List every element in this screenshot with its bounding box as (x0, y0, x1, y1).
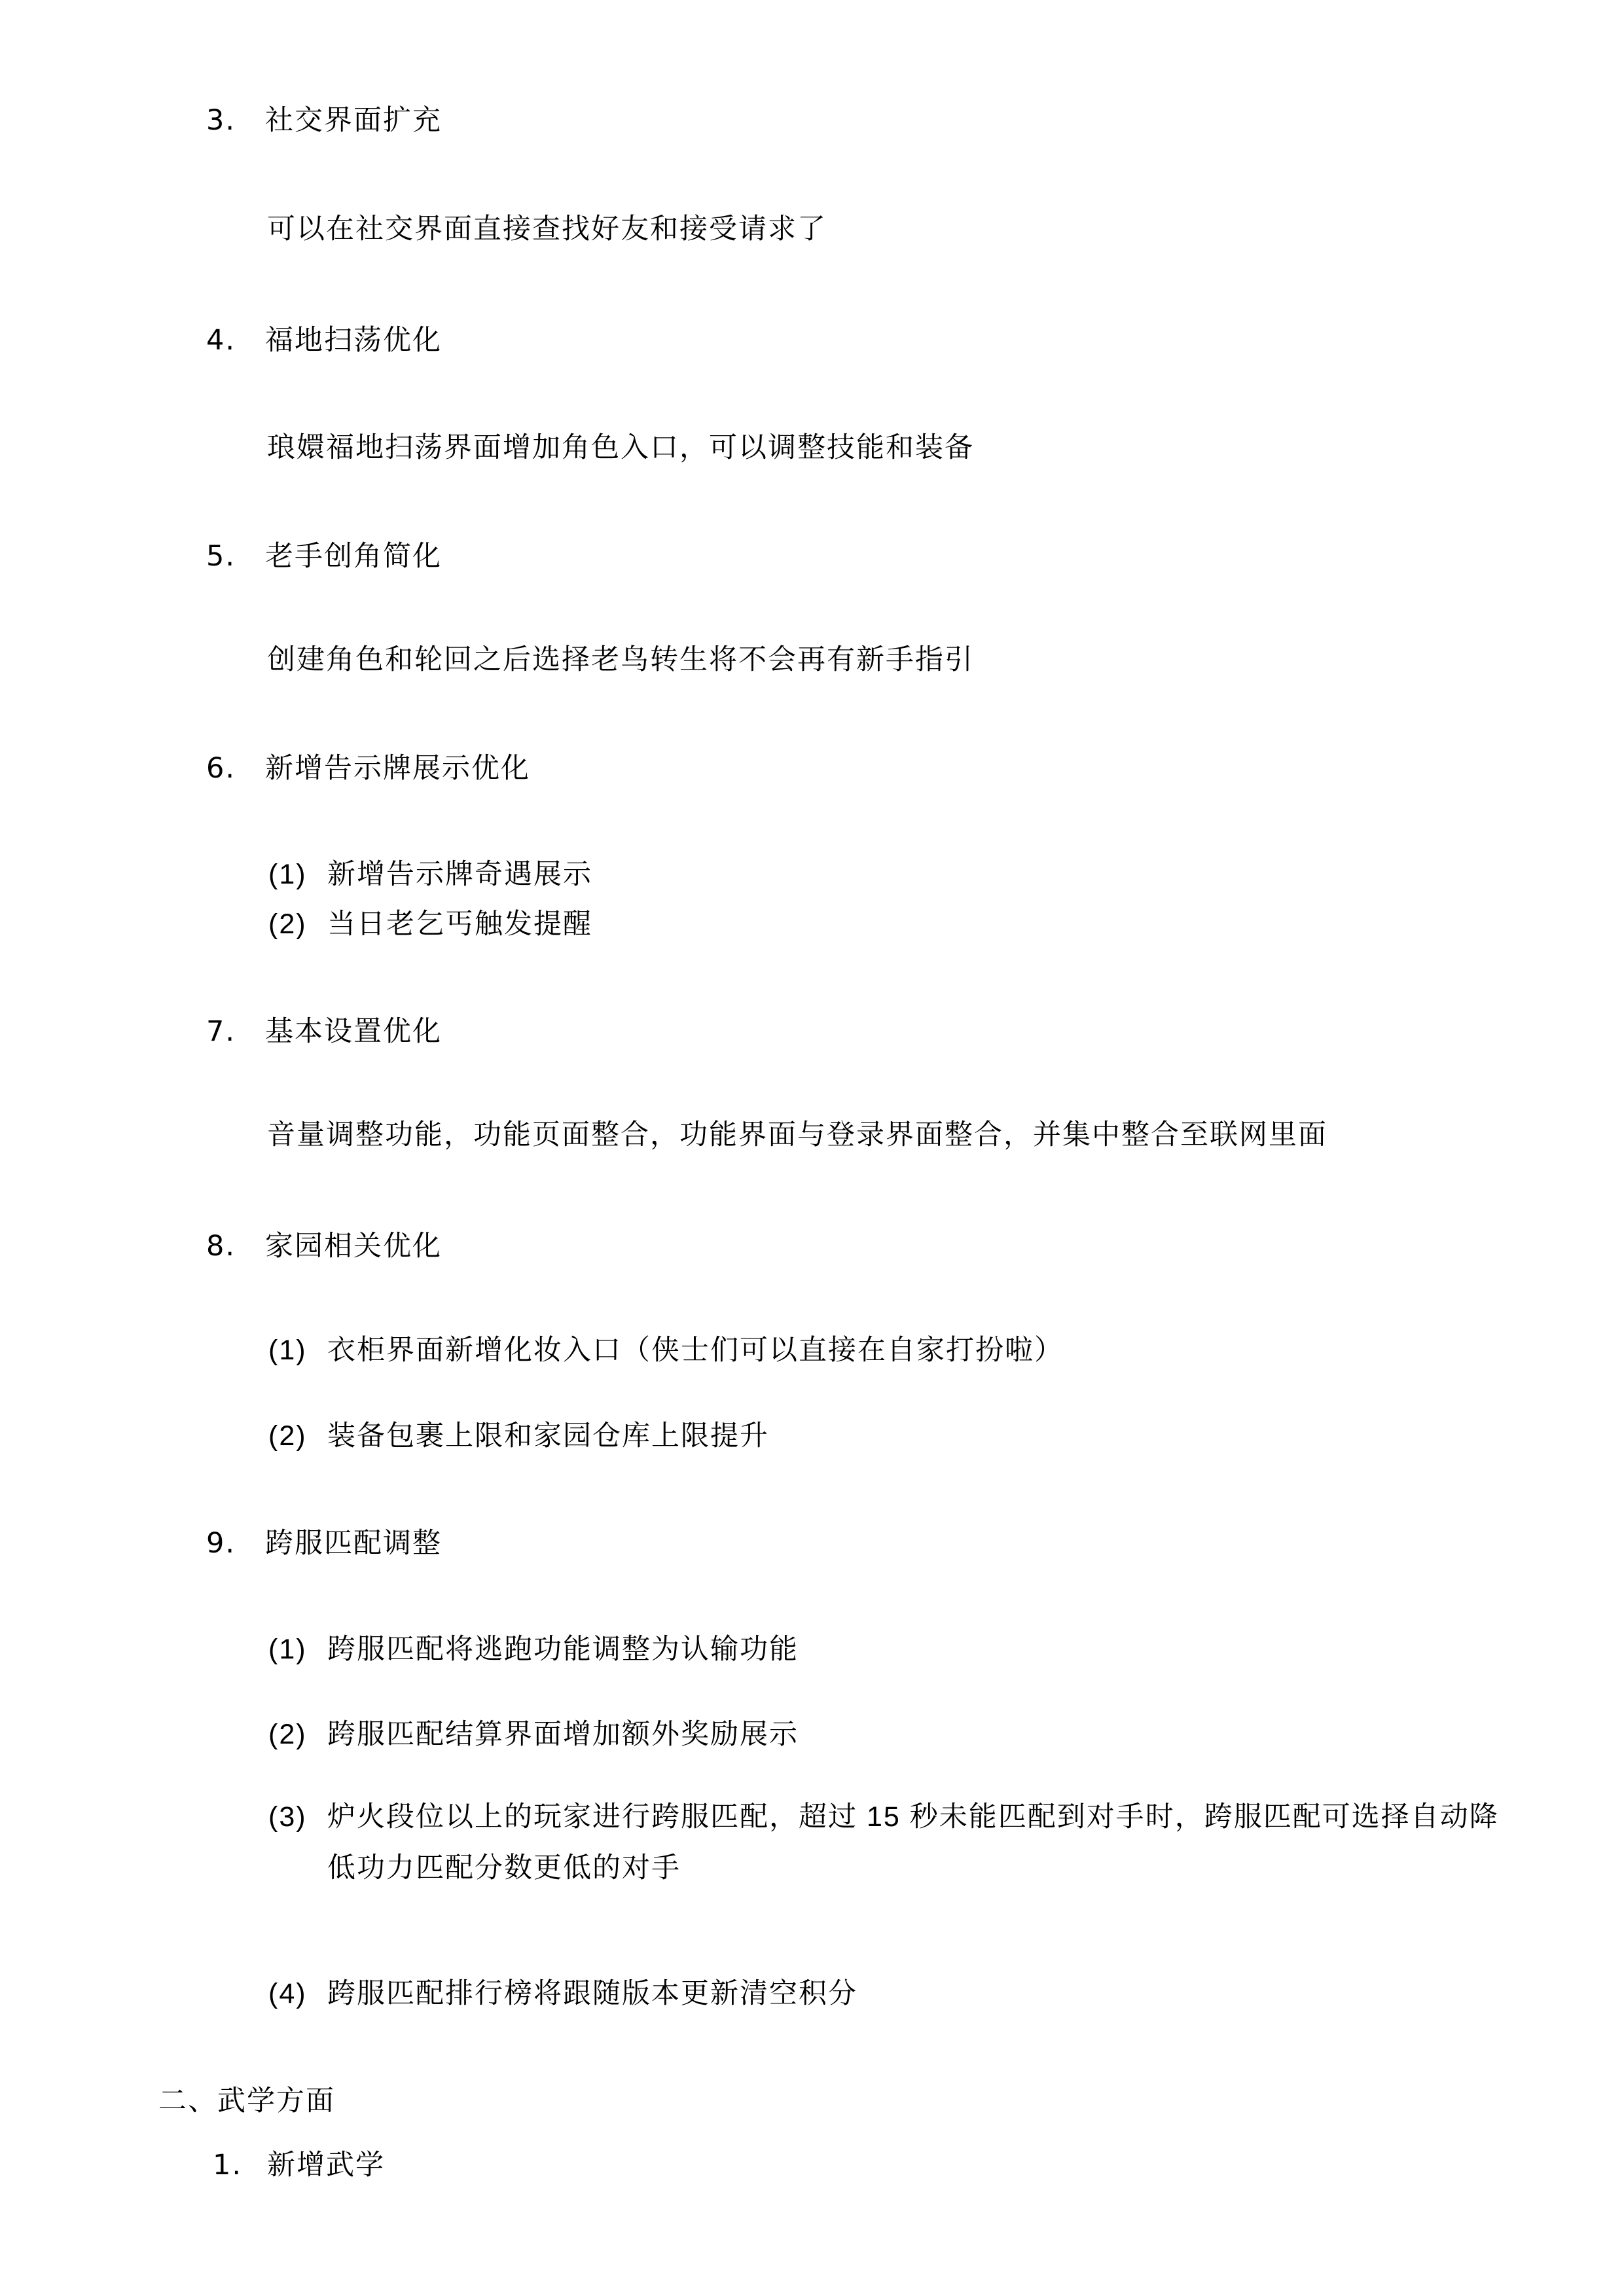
list-item-number: 8. (206, 1229, 236, 1263)
list-item-number: 9. (206, 1526, 236, 1560)
sub-item-text: 新增告示牌奇遇展示 (327, 857, 592, 891)
sub-item-text: 跨服匹配结算界面增加额外奖励展示 (327, 1717, 799, 1751)
list-item-paragraph: 音量调整功能，功能页面整合，功能界面与登录界面整合，并集中整合至联网里面 (267, 1118, 1327, 1152)
sub-item-text-line: 炉火段位以上的玩家进行跨服匹配，超过 15 秒未能匹配到对手时，跨服匹配可选择自… (327, 1800, 1499, 1834)
list-item-number: 3. (206, 103, 236, 137)
sub-item-text: 衣柜界面新增化妆入口（侠士们可以直接在自家打扮啦） (327, 1333, 1064, 1367)
section-heading: 二、武学方面 (158, 2084, 335, 2118)
sub-item-text: 当日老乞丐触发提醒 (327, 907, 592, 941)
sub-item-marker: (2) (268, 1717, 307, 1751)
list-item-number: 7. (206, 1014, 236, 1049)
sub-item-marker: (2) (268, 1419, 307, 1453)
list-item-title: 新增武学 (267, 2148, 385, 2182)
list-item-paragraph: 琅嬛福地扫荡界面增加角色入口，可以调整技能和装备 (267, 431, 974, 465)
sub-item-text: 装备包裹上限和家园仓库上限提升 (327, 1419, 769, 1453)
document-page: 3. 社交界面扩充 可以在社交界面直接查找好友和接受请求了 4. 福地扫荡优化 … (0, 0, 1624, 2296)
sub-item-marker: (3) (268, 1800, 307, 1834)
list-item-number: 1. (213, 2148, 242, 2182)
sub-item-marker: (1) (268, 857, 307, 891)
sub-item-text-line: 低功力匹配分数更低的对手 (327, 1851, 681, 1885)
sub-item-marker: (4) (268, 1977, 307, 2011)
list-item-number: 4. (206, 323, 236, 357)
list-item-title: 基本设置优化 (265, 1014, 442, 1049)
list-item-title: 社交界面扩充 (265, 103, 442, 137)
list-item-number: 6. (206, 751, 236, 785)
list-item-title: 老手创角简化 (265, 539, 442, 573)
sub-item-marker: (2) (268, 907, 307, 941)
list-item-title: 福地扫荡优化 (265, 323, 442, 357)
list-item-paragraph: 可以在社交界面直接查找好友和接受请求了 (267, 212, 827, 246)
list-item-paragraph: 创建角色和轮回之后选择老鸟转生将不会再有新手指引 (267, 643, 974, 677)
list-item-title: 家园相关优化 (265, 1229, 442, 1263)
list-item-title: 新增告示牌展示优化 (265, 751, 530, 785)
list-item-number: 5. (206, 539, 236, 573)
sub-item-text: 跨服匹配将逃跑功能调整为认输功能 (327, 1632, 799, 1666)
sub-item-marker: (1) (268, 1632, 307, 1666)
sub-item-text: 跨服匹配排行榜将跟随版本更新清空积分 (327, 1977, 857, 2011)
list-item-title: 跨服匹配调整 (265, 1526, 442, 1560)
sub-item-marker: (1) (268, 1333, 307, 1367)
